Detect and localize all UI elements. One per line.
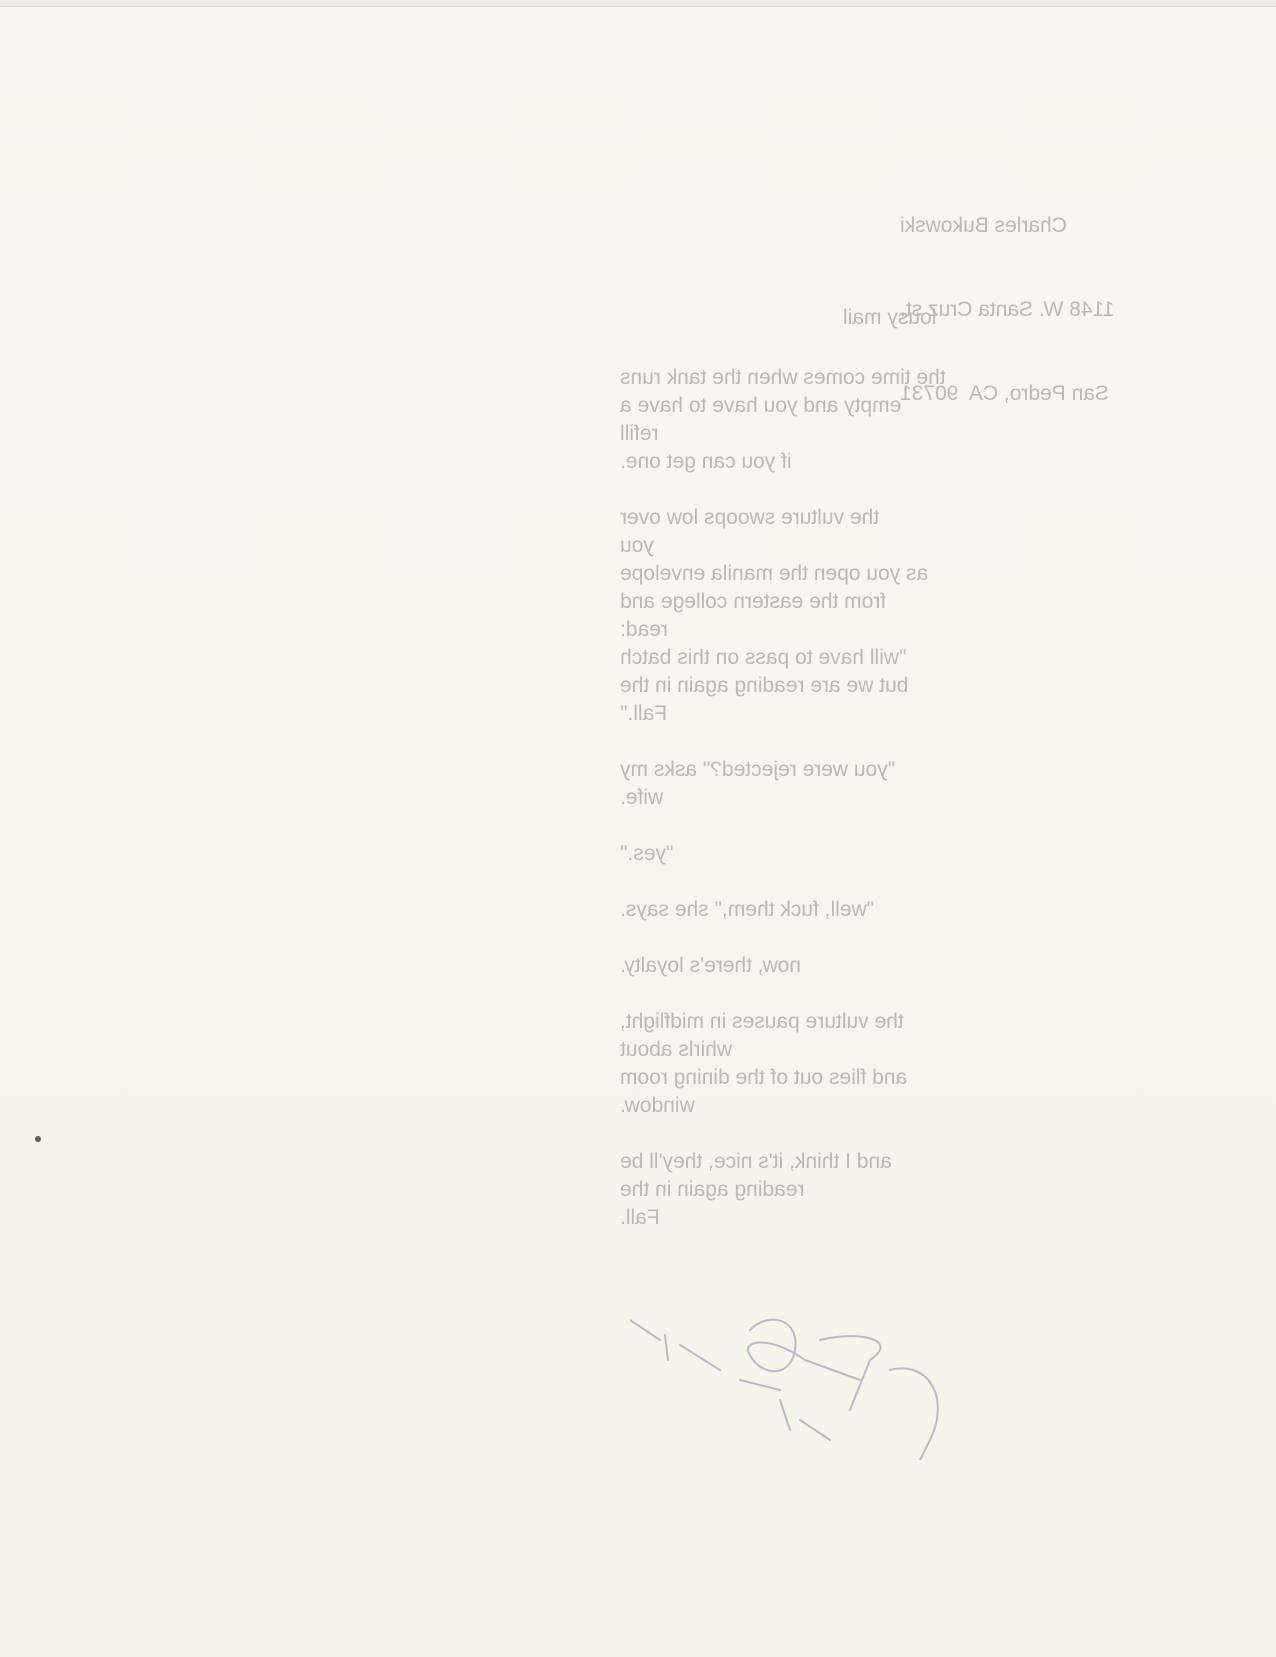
poem-stanza: the vulture pauses in midflight,whirls a… [620, 1008, 946, 1120]
poem-stanza: "you were rejected?" asks mywife. [620, 756, 946, 812]
poem-title: lousy mail [843, 304, 936, 332]
poem-line: from the eastern college and [620, 588, 946, 616]
poem-line: whirls about [620, 1036, 946, 1064]
paper-page: Charles Bukowski 1148 W. Santa Cruz st. … [0, 0, 1276, 1657]
poem-line: window. [620, 1092, 946, 1120]
poem-line: "well, fuck them," she says. [620, 896, 946, 924]
poem-line: read: [620, 616, 946, 644]
poem-line: "you were rejected?" asks my [620, 756, 946, 784]
poem-line: refill [620, 420, 946, 448]
poem-stanza: "well, fuck them," she says. [620, 896, 946, 924]
poem-line: Fall." [620, 700, 946, 728]
signature [630, 1300, 950, 1460]
poem-line: and flies out of the dining room [620, 1064, 946, 1092]
poem-line: but we are reading again in the [620, 672, 946, 700]
poem-line: reading again in the [620, 1176, 946, 1204]
poem-line: now, there's loyalty. [620, 952, 946, 980]
page-top-edge [0, 0, 1276, 7]
poem-line: "will have to pass on this batch [620, 644, 946, 672]
poem-line: as you open the manila envelope [620, 560, 946, 588]
poem-line: the vulture swoops low over [620, 504, 946, 532]
poem-stanza: the vulture swoops low overyouas you ope… [620, 504, 946, 728]
paper-speck [35, 1136, 41, 1142]
poem-line: the time comes when the tank runs [620, 364, 946, 392]
poem-line: empty and you have to have a [620, 392, 946, 420]
poem-line: and I think, it's nice, they'll be [620, 1148, 946, 1176]
poem-line: wife. [620, 784, 946, 812]
poem-stanza: "yes." [620, 840, 946, 868]
poem-line: "yes." [620, 840, 946, 868]
poem-stanza: the time comes when the tank runsempty a… [620, 364, 946, 476]
poem-stanza: and I think, it's nice, they'll bereadin… [620, 1148, 946, 1232]
poem-stanza: now, there's loyalty. [620, 952, 946, 980]
poem-line: Fall. [620, 1204, 946, 1232]
poem-body: the time comes when the tank runsempty a… [620, 364, 946, 1260]
poem-line: the vulture pauses in midflight, [620, 1008, 946, 1036]
poem-line: you [620, 532, 946, 560]
address-line: Charles Bukowski [900, 212, 1114, 240]
poem-line: if you can get one. [620, 448, 946, 476]
